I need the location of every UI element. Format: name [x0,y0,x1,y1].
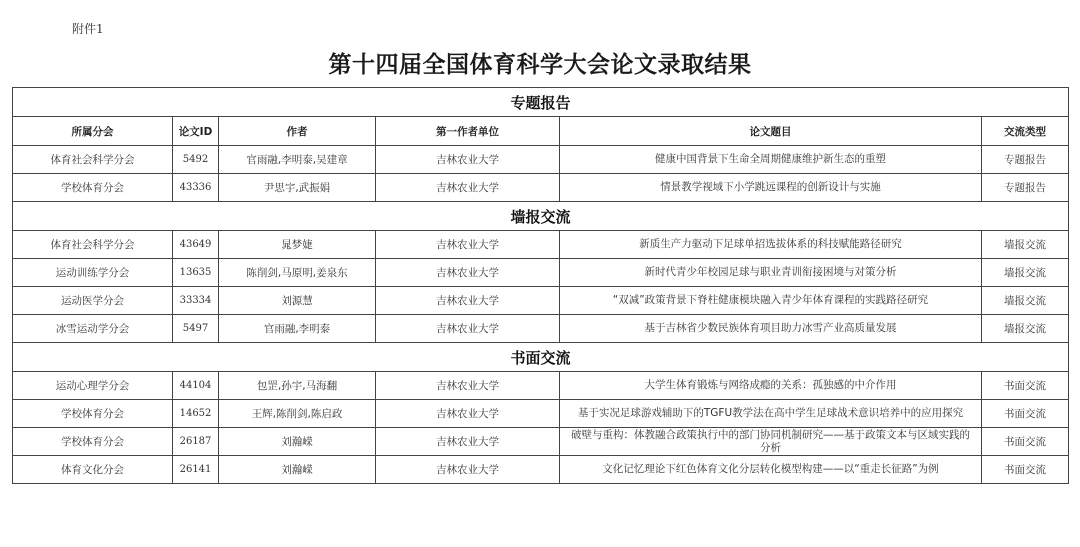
paper-id: 26141 [173,456,219,484]
table-row: 冰雪运动学分会 5497 官雨融,李明泰 吉林农业大学 基于吉林省少数民族体育项… [13,315,1069,343]
table-row: 学校体育分会 26187 刘瀚嵘 吉林农业大学 破壁与重构：体教融合政策执行中的… [13,428,1069,456]
authors: 尹思宇,武振娟 [219,174,376,202]
unit: 吉林农业大学 [376,428,560,456]
table-row: 运动医学分会 33334 刘源慧 吉林农业大学 “双减”政策背景下脊柱健康模块融… [13,287,1069,315]
authors: 王辉,陈削剑,陈启政 [219,400,376,428]
branch: 学校体育分会 [13,400,173,428]
branch: 体育文化分会 [13,456,173,484]
section-title: 墙报交流 [13,202,1069,231]
table-row: 运动训练学分会 13635 陈削剑,马原明,姜泉东 吉林农业大学 新时代青少年校… [13,259,1069,287]
authors: 官雨融,李明泰 [219,315,376,343]
unit: 吉林农业大学 [376,372,560,400]
table-row: 学校体育分会 14652 王辉,陈削剑,陈启政 吉林农业大学 基于实况足球游戏辅… [13,400,1069,428]
branch: 体育社会科学分会 [13,146,173,174]
exchange-type: 墙报交流 [982,315,1069,343]
paper-id: 13635 [173,259,219,287]
section-header: 专题报告 [13,88,1069,117]
unit: 吉林农业大学 [376,287,560,315]
paper-title: 新时代青少年校园足球与职业青训衔接困境与对策分析 [560,259,982,287]
paper-title: 文化记忆理论下红色体育文化分层转化模型构建——以“重走长征路”为例 [560,456,982,484]
paper-id: 14652 [173,400,219,428]
authors: 陈削剑,马原明,姜泉东 [219,259,376,287]
results-table: 专题报告 所属分会 论文ID 作者 第一作者单位 论文题目 交流类型 体育社会科… [12,87,1069,484]
paper-title: 健康中国背景下生命全周期健康维护新生态的重塑 [560,146,982,174]
paper-title: 大学生体育锻炼与网络成瘾的关系：孤独感的中介作用 [560,372,982,400]
branch: 冰雪运动学分会 [13,315,173,343]
document-title: 第十四届全国体育科学大会论文录取结果 [0,46,1080,79]
authors: 官雨融,李明泰,吴建章 [219,146,376,174]
authors: 包罡,孙宇,马海翻 [219,372,376,400]
column-header-row: 所属分会 论文ID 作者 第一作者单位 论文题目 交流类型 [13,117,1069,146]
col-authors: 作者 [219,117,376,146]
paper-id: 33334 [173,287,219,315]
paper-title: 基于吉林省少数民族体育项目助力冰雪产业高质量发展 [560,315,982,343]
unit: 吉林农业大学 [376,231,560,259]
attachment-label: 附件1 [72,20,104,37]
authors: 晁梦婕 [219,231,376,259]
col-unit: 第一作者单位 [376,117,560,146]
unit: 吉林农业大学 [376,456,560,484]
exchange-type: 专题报告 [982,146,1069,174]
authors: 刘瀚嵘 [219,456,376,484]
table-row: 学校体育分会 43336 尹思宇,武振娟 吉林农业大学 情景教学视域下小学跳远课… [13,174,1069,202]
paper-id: 43336 [173,174,219,202]
exchange-type: 墙报交流 [982,231,1069,259]
section-header: 墙报交流 [13,202,1069,231]
unit: 吉林农业大学 [376,146,560,174]
col-title: 论文题目 [560,117,982,146]
exchange-type: 书面交流 [982,400,1069,428]
branch: 运动心理学分会 [13,372,173,400]
table-row: 运动心理学分会 44104 包罡,孙宇,马海翻 吉林农业大学 大学生体育锻炼与网… [13,372,1069,400]
unit: 吉林农业大学 [376,315,560,343]
exchange-type: 专题报告 [982,174,1069,202]
authors: 刘瀚嵘 [219,428,376,456]
paper-id: 44104 [173,372,219,400]
table-row: 体育社会科学分会 43649 晁梦婕 吉林农业大学 新质生产力驱动下足球单招选拔… [13,231,1069,259]
col-type: 交流类型 [982,117,1069,146]
section-header: 书面交流 [13,343,1069,372]
branch: 学校体育分会 [13,174,173,202]
exchange-type: 墙报交流 [982,287,1069,315]
exchange-type: 书面交流 [982,456,1069,484]
paper-title: 新质生产力驱动下足球单招选拔体系的科技赋能路径研究 [560,231,982,259]
paper-title: 破壁与重构：体教融合政策执行中的部门协同机制研究——基于政策文本与区域实践的分析 [560,428,982,456]
branch: 运动医学分会 [13,287,173,315]
exchange-type: 墙报交流 [982,259,1069,287]
exchange-type: 书面交流 [982,428,1069,456]
unit: 吉林农业大学 [376,174,560,202]
col-id: 论文ID [173,117,219,146]
branch: 运动训练学分会 [13,259,173,287]
paper-id: 5492 [173,146,219,174]
section-title: 书面交流 [13,343,1069,372]
unit: 吉林农业大学 [376,259,560,287]
branch: 体育社会科学分会 [13,231,173,259]
paper-title: 基于实况足球游戏辅助下的TGFU教学法在高中学生足球战术意识培养中的应用探究 [560,400,982,428]
exchange-type: 书面交流 [982,372,1069,400]
paper-id: 43649 [173,231,219,259]
section-title: 专题报告 [13,88,1069,117]
branch: 学校体育分会 [13,428,173,456]
table-row: 体育社会科学分会 5492 官雨融,李明泰,吴建章 吉林农业大学 健康中国背景下… [13,146,1069,174]
paper-id: 5497 [173,315,219,343]
paper-title: “双减”政策背景下脊柱健康模块融入青少年体育课程的实践路径研究 [560,287,982,315]
paper-id: 26187 [173,428,219,456]
col-branch: 所属分会 [13,117,173,146]
unit: 吉林农业大学 [376,400,560,428]
table-row: 体育文化分会 26141 刘瀚嵘 吉林农业大学 文化记忆理论下红色体育文化分层转… [13,456,1069,484]
paper-title: 情景教学视域下小学跳远课程的创新设计与实施 [560,174,982,202]
authors: 刘源慧 [219,287,376,315]
